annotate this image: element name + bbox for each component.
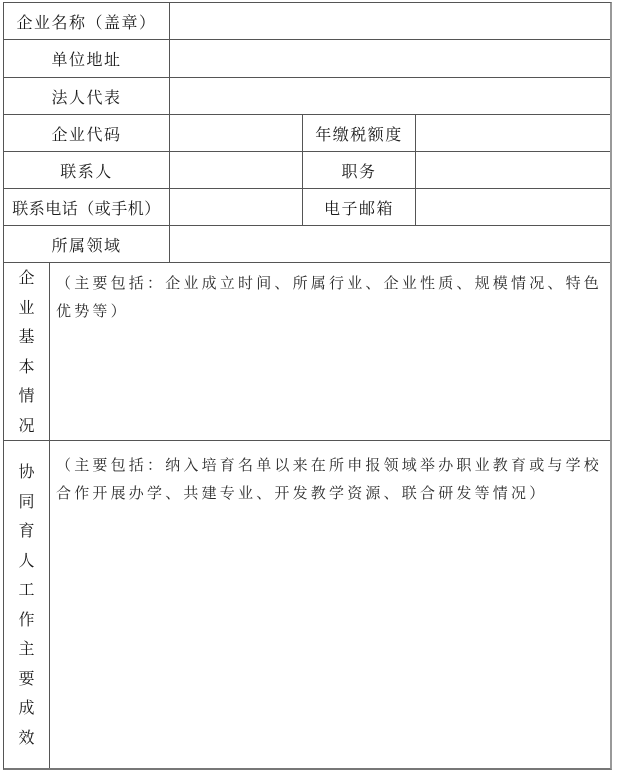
label-char: 要 bbox=[18, 664, 34, 694]
label-char: 基 bbox=[18, 322, 34, 352]
label-address: 单位地址 bbox=[4, 40, 170, 77]
company-name-field[interactable] bbox=[170, 3, 610, 39]
label-char: 主 bbox=[18, 634, 34, 664]
label-char: 工 bbox=[18, 575, 34, 605]
label-char: 作 bbox=[18, 605, 34, 635]
label-field-domain: 所属领域 bbox=[4, 226, 170, 262]
field-domain-field[interactable] bbox=[170, 226, 610, 262]
label-char: 效 bbox=[18, 723, 34, 753]
enterprise-application-form: 企业名称（盖章） 单位地址 法人代表 企业代码 年缴税额度 联系人 职务 联系电… bbox=[3, 2, 612, 770]
company-basic-info-hint: （主要包括：企业成立时间、所属行业、企业性质、规模情况、特色优势等） bbox=[56, 274, 602, 320]
section-label-collaborative-education-results: 协 同 育 人 工 作 主 要 成 效 bbox=[4, 441, 50, 768]
row-address: 单位地址 bbox=[4, 40, 610, 78]
legal-representative-field[interactable] bbox=[170, 78, 610, 114]
label-char: 人 bbox=[18, 546, 34, 576]
label-company-name: 企业名称（盖章） bbox=[4, 3, 170, 39]
row-contact: 联系人 职务 bbox=[4, 152, 610, 189]
row-legal-representative: 法人代表 bbox=[4, 78, 610, 115]
label-char: 况 bbox=[18, 411, 34, 441]
section-label-company-basic-info: 企 业 基 本 情 况 bbox=[4, 263, 50, 440]
company-basic-info-textarea[interactable]: （主要包括：企业成立时间、所属行业、企业性质、规模情况、特色优势等） bbox=[50, 263, 610, 440]
collaborative-education-results-hint: （主要包括：纳入培育名单以来在所申报领域举办职业教育或与学校合作开展办学、共建专… bbox=[56, 456, 602, 502]
label-phone: 联系电话（或手机） bbox=[4, 189, 170, 225]
email-field[interactable] bbox=[416, 189, 610, 225]
label-char: 本 bbox=[18, 352, 34, 382]
annual-tax-field[interactable] bbox=[416, 115, 610, 151]
label-contact-person: 联系人 bbox=[4, 152, 170, 188]
row-phone-email: 联系电话（或手机） 电子邮箱 bbox=[4, 189, 610, 226]
label-company-code: 企业代码 bbox=[4, 115, 170, 151]
label-legal-representative: 法人代表 bbox=[4, 78, 170, 114]
label-char: 同 bbox=[18, 487, 34, 517]
collaborative-education-results-textarea[interactable]: （主要包括：纳入培育名单以来在所申报领域举办职业教育或与学校合作开展办学、共建专… bbox=[50, 441, 610, 768]
address-field[interactable] bbox=[170, 40, 610, 77]
row-company-name: 企业名称（盖章） bbox=[4, 3, 610, 40]
label-position: 职务 bbox=[303, 152, 416, 188]
row-field-domain: 所属领域 bbox=[4, 226, 610, 263]
label-char: 情 bbox=[18, 381, 34, 411]
section-company-basic-info: 企 业 基 本 情 况 （主要包括：企业成立时间、所属行业、企业性质、规模情况、… bbox=[4, 263, 610, 441]
company-code-field[interactable] bbox=[170, 115, 303, 151]
contact-person-field[interactable] bbox=[170, 152, 303, 188]
row-company-code: 企业代码 年缴税额度 bbox=[4, 115, 610, 152]
label-char: 协 bbox=[18, 457, 34, 487]
label-char: 业 bbox=[18, 293, 34, 323]
label-char: 育 bbox=[18, 516, 34, 546]
phone-field[interactable] bbox=[170, 189, 303, 225]
position-field[interactable] bbox=[416, 152, 610, 188]
label-char: 成 bbox=[18, 693, 34, 723]
section-collaborative-education-results: 协 同 育 人 工 作 主 要 成 效 （主要包括：纳入培育名单以来在所申报领域… bbox=[4, 441, 610, 768]
label-annual-tax: 年缴税额度 bbox=[303, 115, 416, 151]
label-char: 企 bbox=[18, 263, 34, 293]
label-email: 电子邮箱 bbox=[303, 189, 416, 225]
